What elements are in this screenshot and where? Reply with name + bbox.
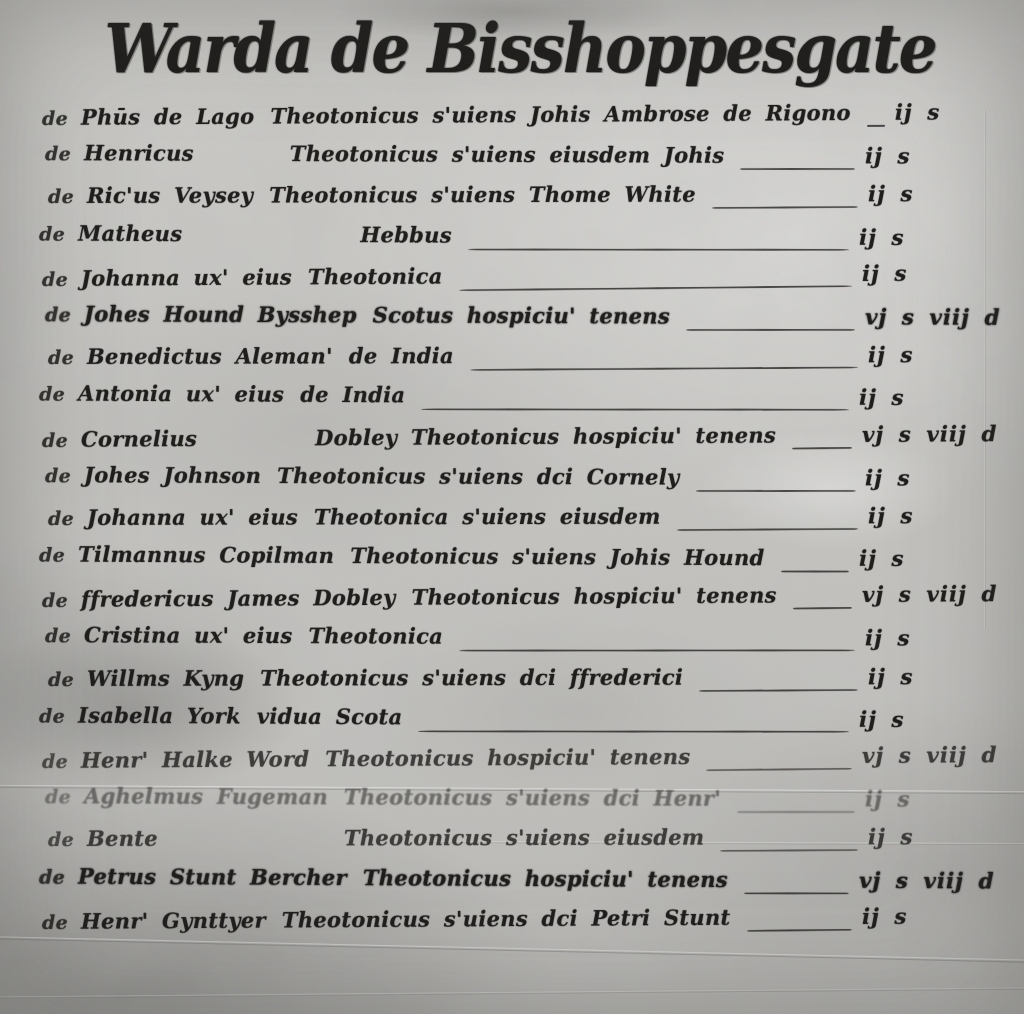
entry-row: de Henricus Theotonicus s'uiens eiusdem … [45, 140, 1017, 184]
ink-rule-line [418, 730, 849, 732]
entry-prefix: de [42, 912, 68, 934]
entry-prefix: de [45, 626, 71, 648]
entry-name: Henr' Gynttyer [81, 907, 266, 933]
entry-name: Matheus [78, 220, 183, 246]
entry-amount: vj s viij d [862, 422, 1014, 448]
ink-rule-line [792, 447, 852, 450]
entry-description: Theotonica s'uiens eiusdem [314, 504, 661, 530]
entry-description: de India [349, 343, 454, 368]
entry-amount: ij s [859, 386, 1011, 412]
entry-name: Johes Johnson [84, 462, 261, 488]
entry-name: Bente [87, 826, 158, 851]
entry-row: de Cornelius Dobley Theotonicus hospiciu… [42, 421, 1014, 467]
entry-prefix: de [48, 508, 74, 530]
entry-row: de Benedictus Aleman' de India ij s [48, 342, 1020, 384]
entry-prefix: de [45, 143, 71, 165]
entry-amount: ij s [862, 904, 1014, 930]
entry-row: de Phūs de Lago Theotonicus s'uiens Johi… [42, 99, 1014, 145]
entry-name: Aghelmus Fugeman [84, 783, 328, 809]
entry-prefix: de [48, 186, 74, 208]
entry-row: de Willms Kyng Theotonicus s'uiens dci f… [48, 664, 1020, 706]
ink-rule-line [470, 367, 858, 372]
entry-prefix: de [39, 545, 65, 567]
entry-amount: vj s viij d [862, 582, 1014, 608]
entry-name: Antonia ux' eius [78, 381, 284, 407]
ink-rule-line [747, 929, 852, 932]
entry-row: de ffredericus James Dobley Theotonicus … [42, 581, 1014, 627]
ink-rule-line [740, 168, 855, 170]
ink-rule-line [867, 125, 885, 127]
entry-description: Theotonica [308, 624, 443, 650]
entry-prefix: de [45, 465, 71, 487]
entry-prefix: de [48, 829, 74, 851]
entry-row: de Bente Theotonicus s'uiens eiusdem ij … [48, 824, 1020, 866]
entry-description: de India [300, 382, 405, 408]
entry-amount: ij s [859, 547, 1011, 573]
entry-description: Theotonicus hospiciu' tenens [363, 865, 728, 892]
entry-description: Theotonicus s'uiens Johis Ambrose de Rig… [270, 100, 851, 129]
ink-rule-line [695, 490, 855, 492]
entry-name: Henricus [84, 140, 194, 165]
entry-amount: ij s [865, 627, 1017, 653]
entry-description: Dobley Theotonicus hospiciu' tenens [315, 422, 776, 450]
entry-amount: vj s viij d [865, 305, 1017, 331]
entry-description: vidua Scota [257, 703, 403, 729]
entry-name: Ric'us Veysey [87, 183, 253, 208]
ink-rule-line [720, 850, 858, 853]
entry-amount: ij s [868, 825, 1020, 850]
entry-name: Tilmannus Copilman [78, 542, 334, 568]
ink-rule-line [712, 207, 858, 210]
entry-row: de Tilmannus Copilman Theotonicus s'uien… [39, 542, 1011, 587]
ink-rule-line [793, 607, 852, 610]
entry-amount: ij s [865, 144, 1017, 170]
entry-description: Theotonicus hospiciu' tenens [412, 583, 777, 610]
entry-prefix: de [39, 705, 65, 727]
ink-rule-line [459, 650, 855, 652]
entry-row: de Cristina ux' eius Theotonica ij s [45, 623, 1017, 667]
crease-line [0, 987, 1024, 998]
entry-description: Theotonicus hospiciu' tenens [325, 744, 690, 771]
entry-amount: ij s [868, 343, 1020, 368]
entry-row: de Petrus Stunt Bercher Theotonicus hosp… [39, 863, 1011, 908]
ink-rule-line [459, 285, 852, 291]
entry-amount: ij s [895, 100, 1024, 126]
entry-amount: ij s [868, 665, 1020, 690]
entry-prefix: de [42, 751, 68, 773]
entry-row: de Isabella York vidua Scota ij s [39, 702, 1011, 747]
entry-prefix: de [48, 347, 74, 369]
entry-name: Benedictus Aleman' [87, 344, 333, 370]
entry-amount: ij s [865, 466, 1017, 492]
ink-rule-line [781, 571, 849, 573]
ink-rule-line [699, 689, 858, 692]
entry-prefix: de [42, 108, 68, 130]
ink-rule-line [677, 528, 858, 531]
ink-rule-line [421, 409, 849, 411]
entry-description: Hebbus [360, 222, 452, 247]
entry-description: Theotonicus s'uiens dci Cornely [277, 463, 679, 490]
ink-rule-line [468, 248, 849, 250]
entry-description: Theotonica [308, 263, 443, 289]
entry-prefix: de [48, 669, 74, 691]
entry-description: Theotonicus s'uiens Johis Hound [350, 543, 764, 570]
entry-description: Theotonicus s'uiens dci Petri Stunt [282, 905, 731, 933]
manuscript-page: Warda de Bisshoppesgate de Phūs de Lago … [0, 0, 1024, 1014]
entry-name: Phūs de Lago [81, 104, 255, 130]
entry-amount: ij s [868, 182, 1020, 207]
page-title: Warda de Bisshoppesgate [8, 10, 1024, 88]
entry-amount: vj s viij d [859, 868, 1011, 894]
entry-prefix: de [42, 429, 68, 451]
entry-prefix: de [45, 786, 71, 808]
entry-description: Scotus hospiciu' tenens [373, 302, 670, 328]
entry-description: Theotonicus s'uiens dci ffrederici [260, 664, 683, 690]
entry-row: de Johanna ux' eius Theotonica ij s [42, 260, 1014, 306]
entry-row: de Johes Johnson Theotonicus s'uiens dci… [45, 462, 1017, 506]
entry-prefix: de [39, 866, 65, 888]
entry-name: Petrus Stunt Bercher [78, 863, 347, 889]
entry-description: Theotonicus s'uiens Thome White [269, 182, 696, 208]
entry-row: de Ric'us Veysey Theotonicus s'uiens Tho… [48, 181, 1020, 223]
entry-list: de Phūs de Lago Theotonicus s'uiens Johi… [0, 102, 1024, 946]
entry-prefix: de [39, 384, 65, 406]
entry-row: de Henr' Gynttyer Theotonicus s'uiens dc… [42, 903, 1014, 949]
entry-row: de Aghelmus Fugeman Theotonicus s'uiens … [45, 783, 1017, 827]
ink-rule-line [706, 768, 852, 772]
ink-rule-line [686, 329, 855, 331]
entry-amount: ij s [859, 708, 1011, 734]
entry-row: de Antonia ux' eius de India ij s [39, 381, 1011, 426]
entry-row: de Matheus Hebbus ij s [39, 220, 1011, 265]
ink-rule-line [744, 892, 849, 894]
entry-row: de Henr' Halke Word Theotonicus hospiciu… [42, 742, 1014, 788]
entry-name: Cristina ux' eius [84, 623, 293, 649]
entry-prefix: de [42, 590, 68, 612]
entry-name: Johanna ux' eius [87, 504, 298, 529]
entry-name: Johanna ux' eius [81, 264, 292, 290]
entry-name: Willms Kyng [87, 665, 244, 690]
entry-amount: ij s [862, 261, 1014, 287]
entry-amount: vj s viij d [862, 743, 1014, 769]
ink-rule-line [737, 811, 855, 813]
entry-row: de Johanna ux' eius Theotonica s'uiens e… [48, 503, 1020, 545]
entry-row: de Johes Hound Bysshep Scotus hospiciu' … [45, 301, 1017, 345]
entry-amount: ij s [859, 225, 1011, 251]
entry-description: Theotonicus s'uiens eiusdem Johis [290, 141, 725, 168]
entry-prefix: de [42, 269, 68, 291]
entry-amount: ij s [868, 504, 1020, 529]
entry-name: Isabella York [78, 702, 241, 728]
entry-name: ffredericus James Dobley [81, 585, 396, 612]
entry-prefix: de [39, 223, 65, 245]
entry-amount: ij s [865, 787, 1017, 813]
entry-description: Theotonicus s'uiens eiusdem [344, 825, 705, 851]
entry-name: Henr' Halke Word [81, 746, 310, 772]
entry-name: Cornelius [81, 426, 197, 452]
entry-description: Theotonicus s'uiens dci Henr' [344, 784, 721, 810]
entry-name: Johes Hound Bysshep [84, 301, 357, 327]
entry-prefix: de [45, 304, 71, 326]
